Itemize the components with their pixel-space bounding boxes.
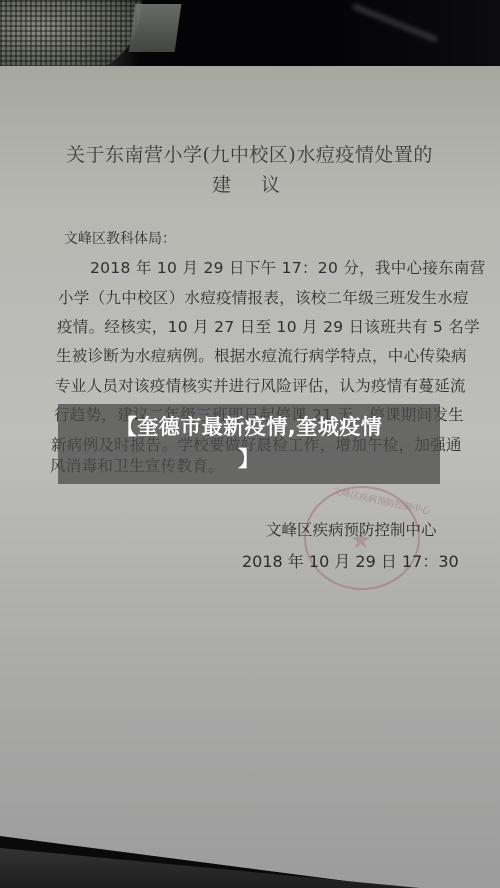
document-title-subline: 建议 <box>212 170 310 197</box>
caption-overlay: 【奎德市最新疫情,奎城疫情 】 <box>58 404 440 484</box>
caption-title: 【奎德市最新疫情,奎城疫情 】 <box>58 411 440 475</box>
body-line: 小学（九中校区）水痘疫情报表，该校二年级三班发生水痘 <box>58 286 469 308</box>
body-line: 2018 年 10 月 29 日下午 17：20 分，我中心接东南营 <box>90 256 486 278</box>
signature-datetime: 2018 年 10 月 29 日 17：30 <box>242 549 459 572</box>
body-line: 生被诊断为水痘病例。根据水痘流行病学特点，中心传染病 <box>56 344 467 366</box>
photo-background <box>0 0 500 72</box>
signature-organization: 文峰区疾病预防控制中心 <box>266 518 437 540</box>
body-line: 专业人员对该疫情核实并进行风险评估，认为疫情有蔓延流 <box>55 374 466 396</box>
document-title: 关于东南营小学(九中校区)水痘疫情处置的 <box>66 140 456 167</box>
fabric-background <box>0 0 142 72</box>
light-glare <box>352 3 438 42</box>
fabric-tag <box>129 4 182 52</box>
body-line: 疫情。经核实，10 月 27 日至 10 月 29 日该班共有 5 名学 <box>57 315 480 337</box>
caption-title-line2: 】 <box>238 447 260 471</box>
caption-title-line1: 【奎德市最新疫情,奎城疫情 <box>116 415 382 439</box>
addressee: 文峰区教科体局： <box>64 228 176 248</box>
